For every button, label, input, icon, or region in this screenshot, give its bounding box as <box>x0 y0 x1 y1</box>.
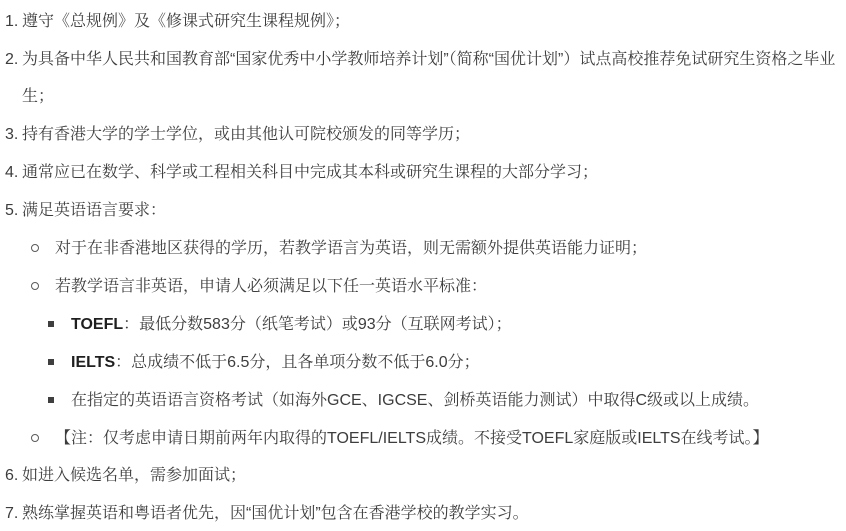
sub-item-non-english: 若教学语言非英语，申请人必须满足以下任一英语水平标准： <box>5 268 840 305</box>
square-bullet-icon <box>48 359 54 365</box>
sub-sub-item-other-exams: 在指定的英语语言资格考试（如海外GCE、IGCSE、剑桥英语能力测试）中取得C级… <box>5 382 840 419</box>
list-item-4: 4. 通常应已在数学、科学或工程相关科目中完成其本科或研究生课程的大部分学习； <box>5 154 840 191</box>
item-number: 1. <box>5 3 22 40</box>
item-text: 为具备中华人民共和国教育部“国家优秀中小学教师培养计划”（简称“国优计划”）试点… <box>22 41 840 115</box>
item-number: 3. <box>5 116 22 153</box>
item-number: 4. <box>5 154 22 191</box>
sub-sub-item-text: IELTS：总成绩不低于6.5分，且各单项分数不低于6.0分； <box>71 344 840 381</box>
circle-bullet-icon <box>31 282 39 290</box>
item-text: 满足英语语言要求： <box>22 192 840 229</box>
item-number: 5. <box>5 192 22 229</box>
circle-bullet-icon <box>31 244 39 252</box>
item-text: 遵守《总规例》及《修课式研究生课程规例》； <box>22 3 840 40</box>
item-text: 熟练掌握英语和粤语者优先，因“国优计划”包含在香港学校的教学实习。 <box>22 495 840 531</box>
square-bullet-icon <box>48 397 54 403</box>
square-bullet-icon <box>48 321 54 327</box>
sub-sub-item-text: TOEFL：最低分数583分（纸笔考试）或93分（互联网考试）； <box>71 306 840 343</box>
circle-bullet-icon <box>31 434 39 442</box>
item-text: 通常应已在数学、科学或工程相关科目中完成其本科或研究生课程的大部分学习； <box>22 154 840 191</box>
sub-sub-item-text: 在指定的英语语言资格考试（如海外GCE、IGCSE、剑桥英语能力测试）中取得C级… <box>71 382 840 419</box>
note-text: 【注：仅考虑申请日期前两年内取得的TOEFL/IELTS成绩。不接受TOEFL家… <box>55 420 840 457</box>
sub-item-text: 对于在非香港地区获得的学历，若教学语言为英语，则无需额外提供英语能力证明； <box>55 230 840 267</box>
list-item-1: 1. 遵守《总规例》及《修课式研究生课程规例》； <box>5 3 840 40</box>
item-number: 6. <box>5 457 22 494</box>
item-text: 持有香港大学的学士学位，或由其他认可院校颁发的同等学历； <box>22 116 840 153</box>
list-item-5: 5. 满足英语语言要求： <box>5 192 840 229</box>
sub-sub-item-toefl: TOEFL：最低分数583分（纸笔考试）或93分（互联网考试）； <box>5 306 840 343</box>
list-item-6: 6. 如进入候选名单，需参加面试； <box>5 457 840 494</box>
test-name-label: IELTS <box>71 354 115 371</box>
item-number: 7. <box>5 495 22 531</box>
item-text: 如进入候选名单，需参加面试； <box>22 457 840 494</box>
list-item-2: 2. 为具备中华人民共和国教育部“国家优秀中小学教师培养计划”（简称“国优计划”… <box>5 41 840 115</box>
requirements-list: 1. 遵守《总规例》及《修课式研究生课程规例》； 2. 为具备中华人民共和国教育… <box>0 0 846 531</box>
sub-item-text: 若教学语言非英语，申请人必须满足以下任一英语水平标准： <box>55 268 840 305</box>
list-item-7: 7. 熟练掌握英语和粤语者优先，因“国优计划”包含在香港学校的教学实习。 <box>5 495 840 531</box>
item-number: 2. <box>5 41 22 78</box>
test-name-label: TOEFL <box>71 316 123 333</box>
sub-sub-item-ielts: IELTS：总成绩不低于6.5分，且各单项分数不低于6.0分； <box>5 344 840 381</box>
sub-item-degree-english: 对于在非香港地区获得的学历，若教学语言为英语，则无需额外提供英语能力证明； <box>5 230 840 267</box>
list-item-3: 3. 持有香港大学的学士学位，或由其他认可院校颁发的同等学历； <box>5 116 840 153</box>
sub-item-note: 【注：仅考虑申请日期前两年内取得的TOEFL/IELTS成绩。不接受TOEFL家… <box>5 420 840 457</box>
